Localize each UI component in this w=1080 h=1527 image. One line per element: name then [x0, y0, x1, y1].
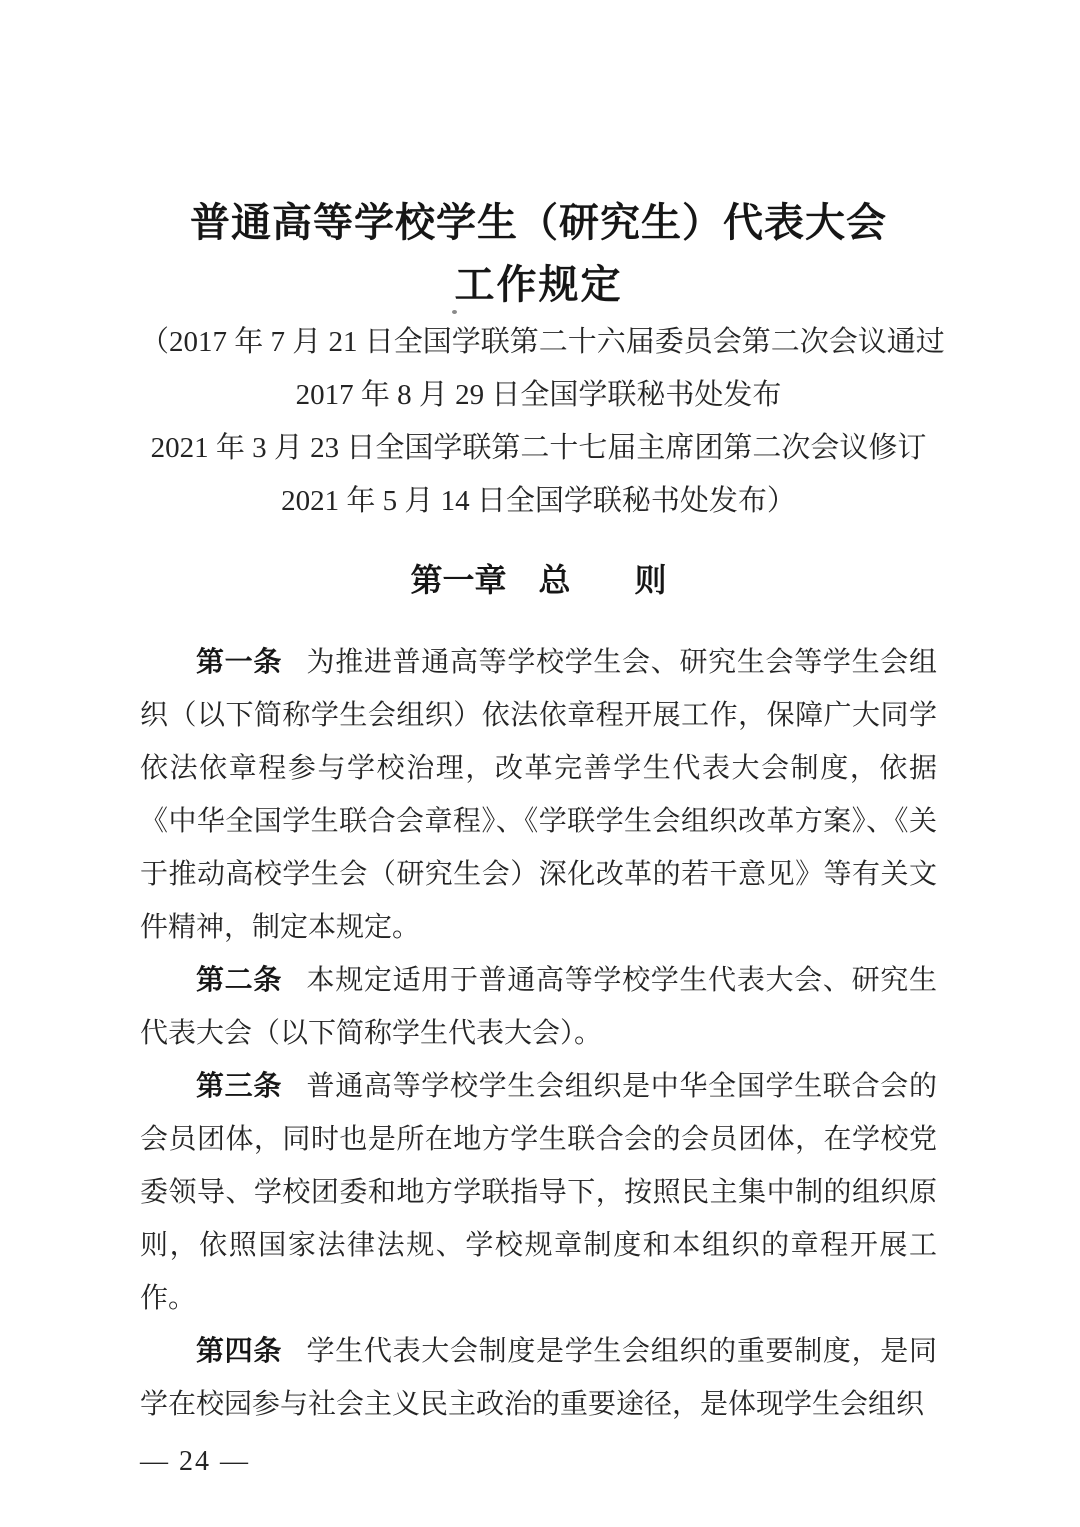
body-text: 第一条为推进普通高等学校学生会、研究生会等学生会组织（以下简称学生会组织）依法依…	[140, 636, 937, 1431]
article-3-label: 第三条	[196, 1071, 282, 1102]
preamble-line-3: 2021 年 3 月 23 日全国学联第二十七届主席团第二次会议修订	[140, 422, 937, 475]
doc-title-line2: 工作规定	[140, 265, 937, 305]
preamble-block: （2017 年 7 月 21 日全国学联第二十六届委员会第二次会议通过 2017…	[140, 316, 937, 528]
article-2-label: 第二条	[196, 965, 282, 996]
article-3-text: 普通高等学校学生会组织是中华全国学生联合会的会员团体，同时也是所在地方学生联合会…	[140, 1071, 937, 1314]
page-content: 普通高等学校学生（研究生）代表大会 工作规定 （2017 年 7 月 21 日全…	[0, 0, 1080, 1488]
document-page: 普通高等学校学生（研究生）代表大会 工作规定 （2017 年 7 月 21 日全…	[0, 0, 1080, 1527]
doc-title-line1: 普通高等学校学生（研究生）代表大会	[140, 203, 937, 243]
article-4: 第四条学生代表大会制度是学生会组织的重要制度，是同学在校园参与社会主义民主政治的…	[140, 1325, 937, 1431]
preamble-line-2: 2017 年 8 月 29 日全国学联秘书处发布	[140, 369, 937, 422]
article-4-label: 第四条	[196, 1336, 282, 1367]
preamble-line-4: 2021 年 5 月 14 日全国学联秘书处发布）	[140, 475, 937, 528]
page-number: — 24 —	[140, 1435, 937, 1488]
preamble-line-1: （2017 年 7 月 21 日全国学联第二十六届委员会第二次会议通过	[140, 316, 937, 369]
chapter-heading: 第一章 总 则	[140, 564, 937, 596]
article-2: 第二条本规定适用于普通高等学校学生代表大会、研究生代表大会（以下简称学生代表大会…	[140, 954, 937, 1060]
article-1-label: 第一条	[196, 647, 282, 678]
article-1: 第一条为推进普通高等学校学生会、研究生会等学生会组织（以下简称学生会组织）依法依…	[140, 636, 937, 954]
article-1-text: 为推进普通高等学校学生会、研究生会等学生会组织（以下简称学生会组织）依法依章程开…	[140, 647, 937, 943]
article-3: 第三条普通高等学校学生会组织是中华全国学生联合会的会员团体，同时也是所在地方学生…	[140, 1060, 937, 1325]
